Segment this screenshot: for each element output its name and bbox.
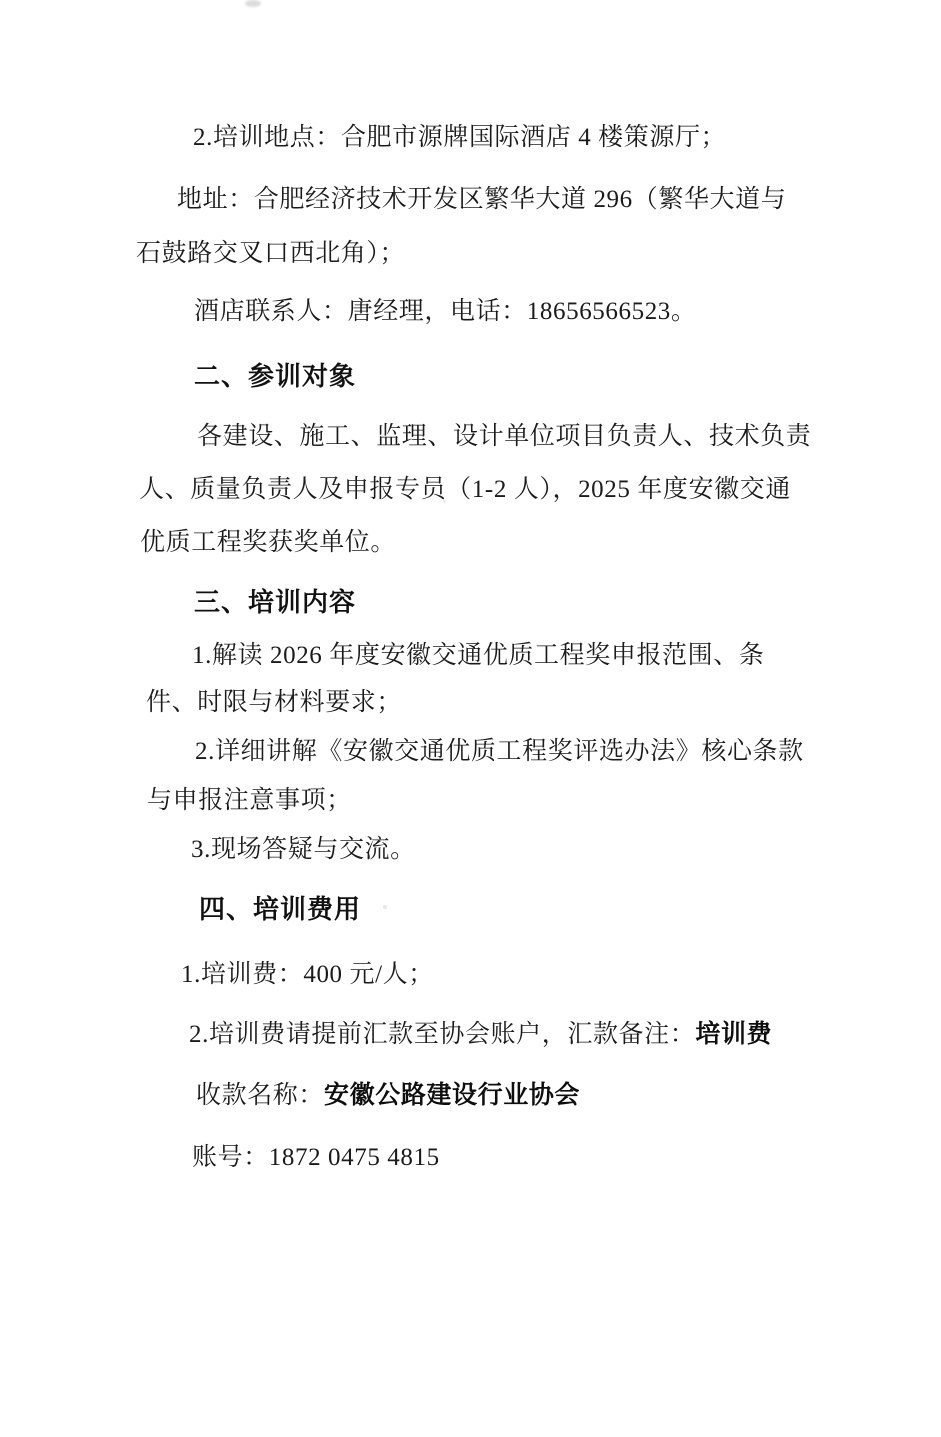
scan-smudge-artifact (245, 0, 261, 7)
content-item2-line-1: 2.详细讲解《安徽交通优质工程奖评选办法》核心条款 (195, 736, 804, 768)
participants-line-2: 人、质量负责人及申报专员（1-2 人），2025 年度安徽交通 (139, 474, 791, 506)
remittance-line-prefix: 2.培训费请提前汇款至协会账户，汇款备注： (189, 1021, 695, 1048)
content-item1-line-2: 件、时限与材料要求； (146, 687, 402, 719)
hotel-contact-line: 酒店联系人：唐经理，电话：18656566523。 (194, 296, 697, 328)
payee-line: 收款名称：安徽公路建设行业协会 (196, 1080, 580, 1112)
participants-line-3: 优质工程奖获奖单位。 (140, 527, 396, 559)
section-heading-training-content: 三、培训内容 (194, 586, 356, 618)
content-item2-line-2: 与申报注意事项； (147, 785, 352, 817)
section-heading-fees: 四、培训费用 (199, 893, 361, 925)
address-line-1: 地址：合肥经济技术开发区繁华大道 296（繁华大道与 (177, 184, 786, 216)
remittance-memo-emphasis: 培训费 (695, 1021, 772, 1048)
participants-line-1: 各建设、施工、监理、设计单位项目负责人、技术负责 (197, 421, 811, 453)
fee-amount-line: 1.培训费：400 元/人； (181, 959, 434, 991)
address-line-2: 石鼓路交叉口西北角）； (136, 238, 405, 270)
payee-label: 收款名称： (196, 1082, 324, 1109)
section-heading-participants: 二、参训对象 (194, 360, 356, 392)
remittance-line: 2.培训费请提前汇款至协会账户，汇款备注：培训费 (189, 1019, 772, 1051)
document-page: 2.培训地点：合肥市源牌国际酒店 4 楼策源厅； 地址：合肥经济技术开发区繁华大… (0, 0, 941, 1437)
account-number-line: 账号：1872 0475 4815 (192, 1142, 440, 1174)
training-location-line: 2.培训地点：合肥市源牌国际酒店 4 楼策源厅； (193, 122, 726, 154)
content-item1-line-1: 1.解读 2026 年度安徽交通优质工程奖申报范围、条 (192, 640, 764, 672)
scan-speck (383, 905, 387, 909)
payee-name: 安徽公路建设行业协会 (324, 1082, 580, 1109)
content-item3-line: 3.现场答疑与交流。 (191, 834, 416, 866)
